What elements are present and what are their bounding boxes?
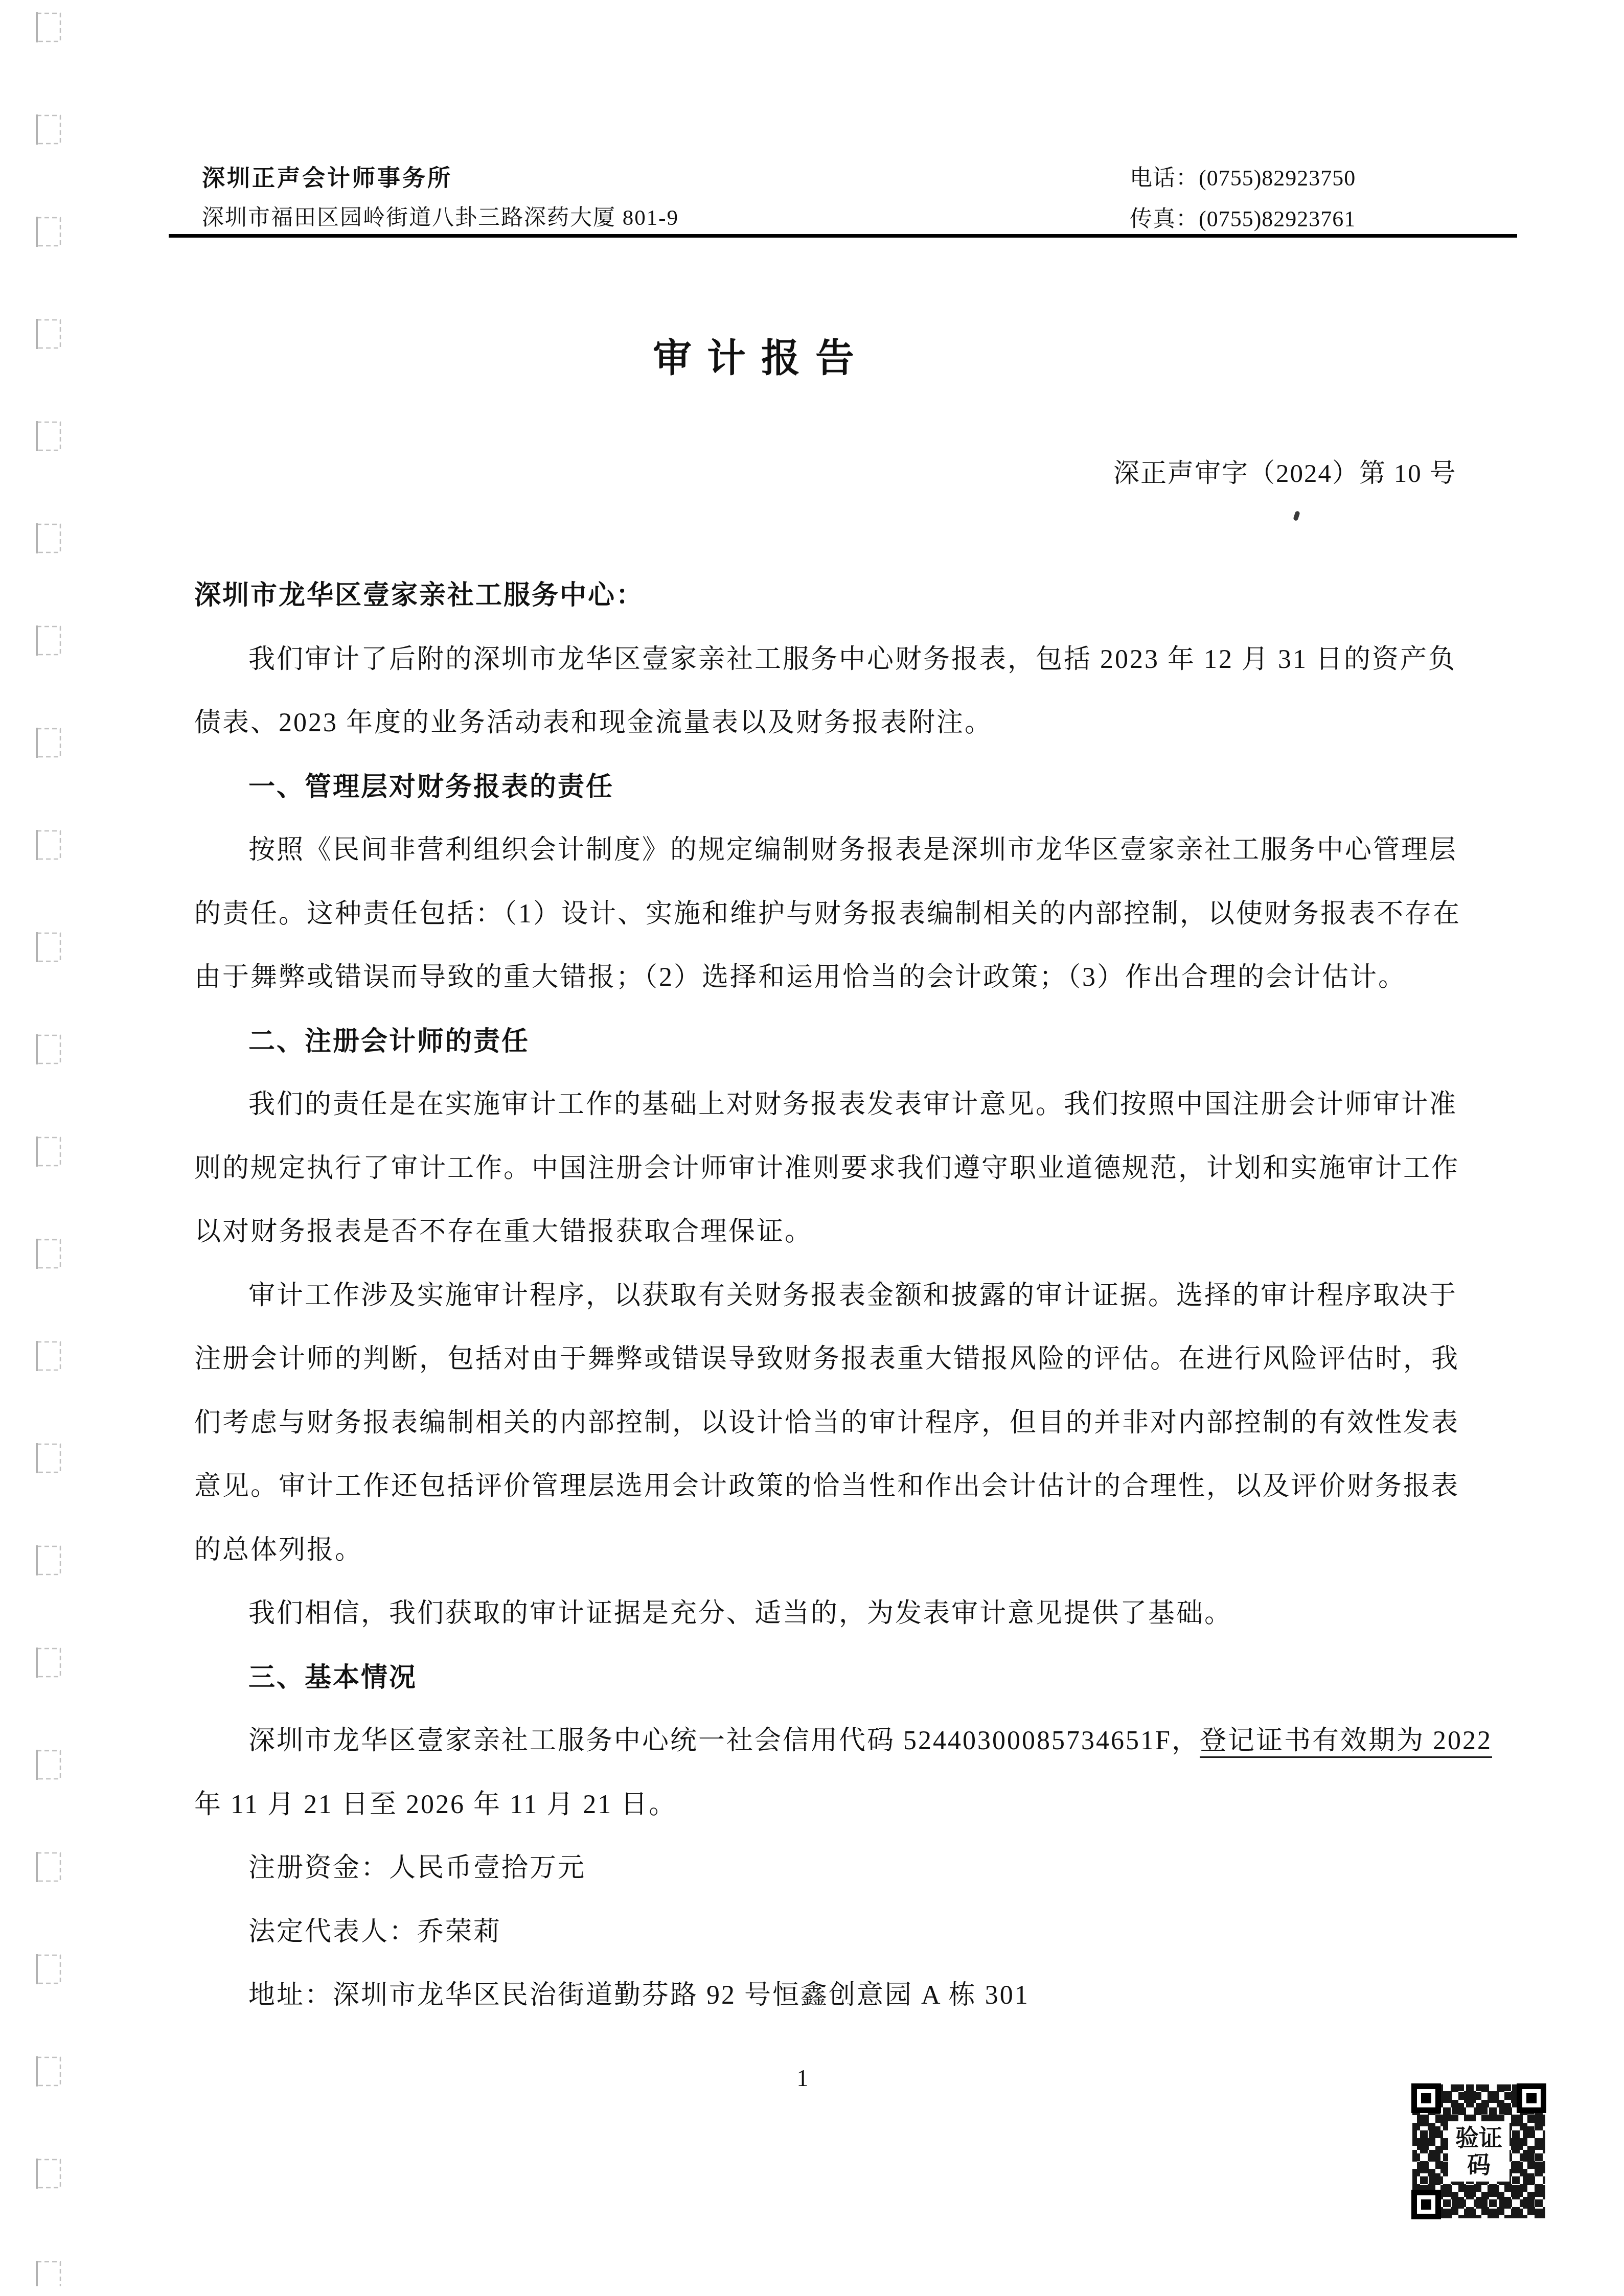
registered-capital: 注册资金：人民币壹拾万元: [194, 1837, 1518, 1900]
report-number: 深正声审字（2024）第 10 号: [1113, 452, 1457, 490]
credit-code-text: 深圳市龙华区壹家亲社工服务中心统一社会信用代码 5244030008573465…: [248, 1726, 1200, 1755]
binding-holes: [34, 7, 65, 2286]
section2-line: 审计工作涉及实施审计程序，以获取有关财务报表金额和披露的审计证据。选择的审计程序…: [194, 1264, 1518, 1328]
credit-code-line: 年 11 月 21 日至 2026 年 11 月 21 日。: [194, 1773, 1518, 1837]
qr-center-label: 验证码: [1448, 2121, 1509, 2182]
verification-qr-code: 验证码: [1409, 2081, 1548, 2221]
section2-line: 的总体列报。: [194, 1519, 1518, 1583]
section2-line: 意见。审计工作还包括评价管理层选用会计政策的恰当性和作出会计估计的合理性，以及评…: [194, 1455, 1518, 1519]
firm-phone: 电话：(0755)82923750: [1130, 159, 1356, 192]
section3-heading: 三、基本情况: [194, 1646, 1518, 1710]
intro-line: 债表、2023 年度的业务活动表和现金流量表以及财务报表附注。: [194, 691, 1518, 755]
audit-report-page: 深圳正声会计师事务所 深圳市福田区园岭街道八卦三路深药大厦 801-9 电话：(…: [0, 0, 1624, 2296]
qr-finder-top-left: [1411, 2083, 1441, 2113]
section2-line: 我们的责任是在实施审计工作的基础上对财务报表发表审计意见。我们按照中国注册会计师…: [194, 1073, 1518, 1137]
section2-line: 以对财务报表是否不存在重大错报获取合理保证。: [194, 1200, 1518, 1264]
validity-underlined-text: 登记证书有效期为 2022: [1200, 1726, 1492, 1758]
section1-line: 按照《民间非营利组织会计制度》的规定编制财务报表是深圳市龙华区壹家亲社工服务中心…: [194, 819, 1518, 883]
org-address: 地址：深圳市龙华区民治街道勤芬路 92 号恒鑫创意园 A 栋 301: [194, 1964, 1518, 2028]
intro-line: 我们审计了后附的深圳市龙华区壹家亲社工服务中心财务报表，包括 2023 年 12…: [194, 628, 1518, 692]
section2-line: 则的规定执行了审计工作。中国注册会计师审计准则要求我们遵守职业道德规范，计划和实…: [194, 1137, 1518, 1201]
section2-line: 们考虑与财务报表编制相关的内部控制，以设计恰当的审计程序，但目的并非对内部控制的…: [194, 1391, 1518, 1455]
report-title: 审计报告: [653, 327, 870, 383]
firm-fax: 传真：(0755)82923761: [1130, 200, 1356, 233]
credit-code-line: 深圳市龙华区壹家亲社工服务中心统一社会信用代码 5244030008573465…: [194, 1709, 1518, 1773]
page-number: 1: [787, 2065, 818, 2092]
section1-heading: 一、管理层对财务报表的责任: [194, 755, 1518, 819]
addressee-line: 深圳市龙华区壹家亲社工服务中心：: [194, 564, 1518, 628]
header-rule: [169, 234, 1517, 238]
ink-speck: [1293, 511, 1300, 521]
legal-representative: 法定代表人：乔荣莉: [194, 1900, 1518, 1964]
firm-address: 深圳市福田区园岭街道八卦三路深药大厦 801-9: [202, 200, 679, 231]
section1-line: 由于舞弊或错误而导致的重大错报；（2）选择和运用恰当的会计政策；（3）作出合理的…: [194, 946, 1518, 1010]
section1-line: 的责任。这种责任包括：（1）设计、实施和维护与财务报表编制相关的内部控制，以使财…: [194, 883, 1518, 946]
firm-name: 深圳正声会计师事务所: [202, 159, 452, 193]
report-body: 深圳市龙华区壹家亲社工服务中心： 我们审计了后附的深圳市龙华区壹家亲社工服务中心…: [194, 564, 1518, 2028]
section2-conclusion: 我们相信，我们获取的审计证据是充分、适当的，为发表审计意见提供了基础。: [194, 1582, 1518, 1646]
section2-line: 注册会计师的判断，包括对由于舞弊或错误导致财务报表重大错报风险的评估。在进行风险…: [194, 1328, 1518, 1391]
section2-heading: 二、注册会计师的责任: [194, 1010, 1518, 1074]
qr-finder-bottom-left: [1411, 2190, 1441, 2219]
qr-finder-top-right: [1517, 2083, 1546, 2113]
